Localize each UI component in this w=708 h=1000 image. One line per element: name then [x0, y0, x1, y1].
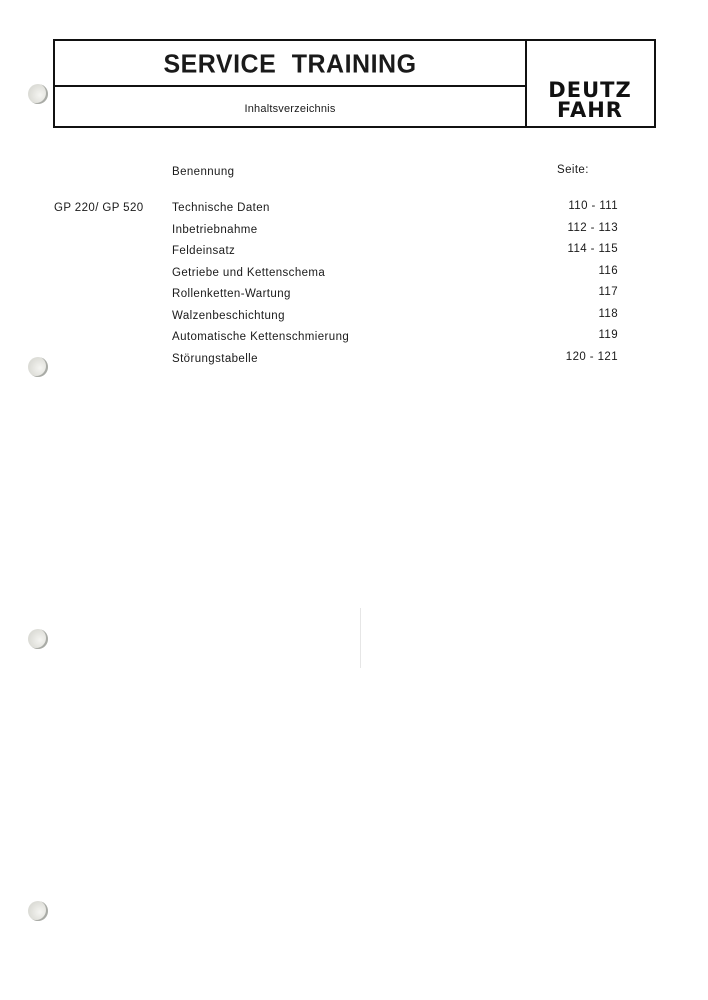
column-header-page: Seite: [557, 164, 589, 176]
toc-entry-title: Technische Daten [172, 202, 270, 214]
header-title-area: SERVICE TRAINING Inhaltsverzeichnis [55, 41, 527, 126]
page-title: SERVICE TRAINING [163, 49, 416, 79]
punch-hole [28, 84, 48, 104]
punch-hole [28, 357, 48, 377]
subtitle-row: Inhaltsverzeichnis [55, 87, 525, 128]
scan-artifact [360, 608, 361, 668]
model-label: GP 220/ GP 520 [54, 202, 144, 214]
toc-entry-title: Feldeinsatz [172, 245, 235, 257]
header-box: SERVICE TRAINING Inhaltsverzeichnis DEUT… [53, 39, 656, 128]
toc-entry-pages: 120 - 121 [566, 351, 618, 363]
toc-entry-title: Walzenbeschichtung [172, 310, 285, 322]
toc-entry-title: Inbetriebnahme [172, 224, 258, 236]
toc-entry-pages: 117 [598, 286, 618, 298]
toc-entry-title: Störungstabelle [172, 353, 258, 365]
toc-entry-pages: 119 [598, 329, 618, 341]
punch-hole [28, 629, 48, 649]
toc-entry-title: Automatische Kettenschmierung [172, 331, 349, 343]
column-header-name: Benennung [172, 166, 234, 178]
logo-line-1: DEUTZ [532, 80, 648, 100]
toc-entry-pages: 114 - 115 [568, 243, 619, 255]
toc-entry-pages: 110 - 111 [568, 200, 618, 212]
toc-entry-pages: 116 [598, 265, 618, 277]
deutz-fahr-logo: DEUTZ FAHR [532, 80, 648, 120]
page-subtitle: Inhaltsverzeichnis [244, 103, 335, 115]
punch-hole [28, 901, 48, 921]
title-row: SERVICE TRAINING [55, 41, 525, 87]
logo-line-2: FAHR [532, 100, 648, 120]
toc-entry-title: Getriebe und Kettenschema [172, 267, 325, 279]
toc-entry-pages: 118 [598, 308, 618, 320]
toc-entry-pages: 112 - 113 [568, 222, 619, 234]
toc-entry-title: Rollenketten-Wartung [172, 288, 291, 300]
